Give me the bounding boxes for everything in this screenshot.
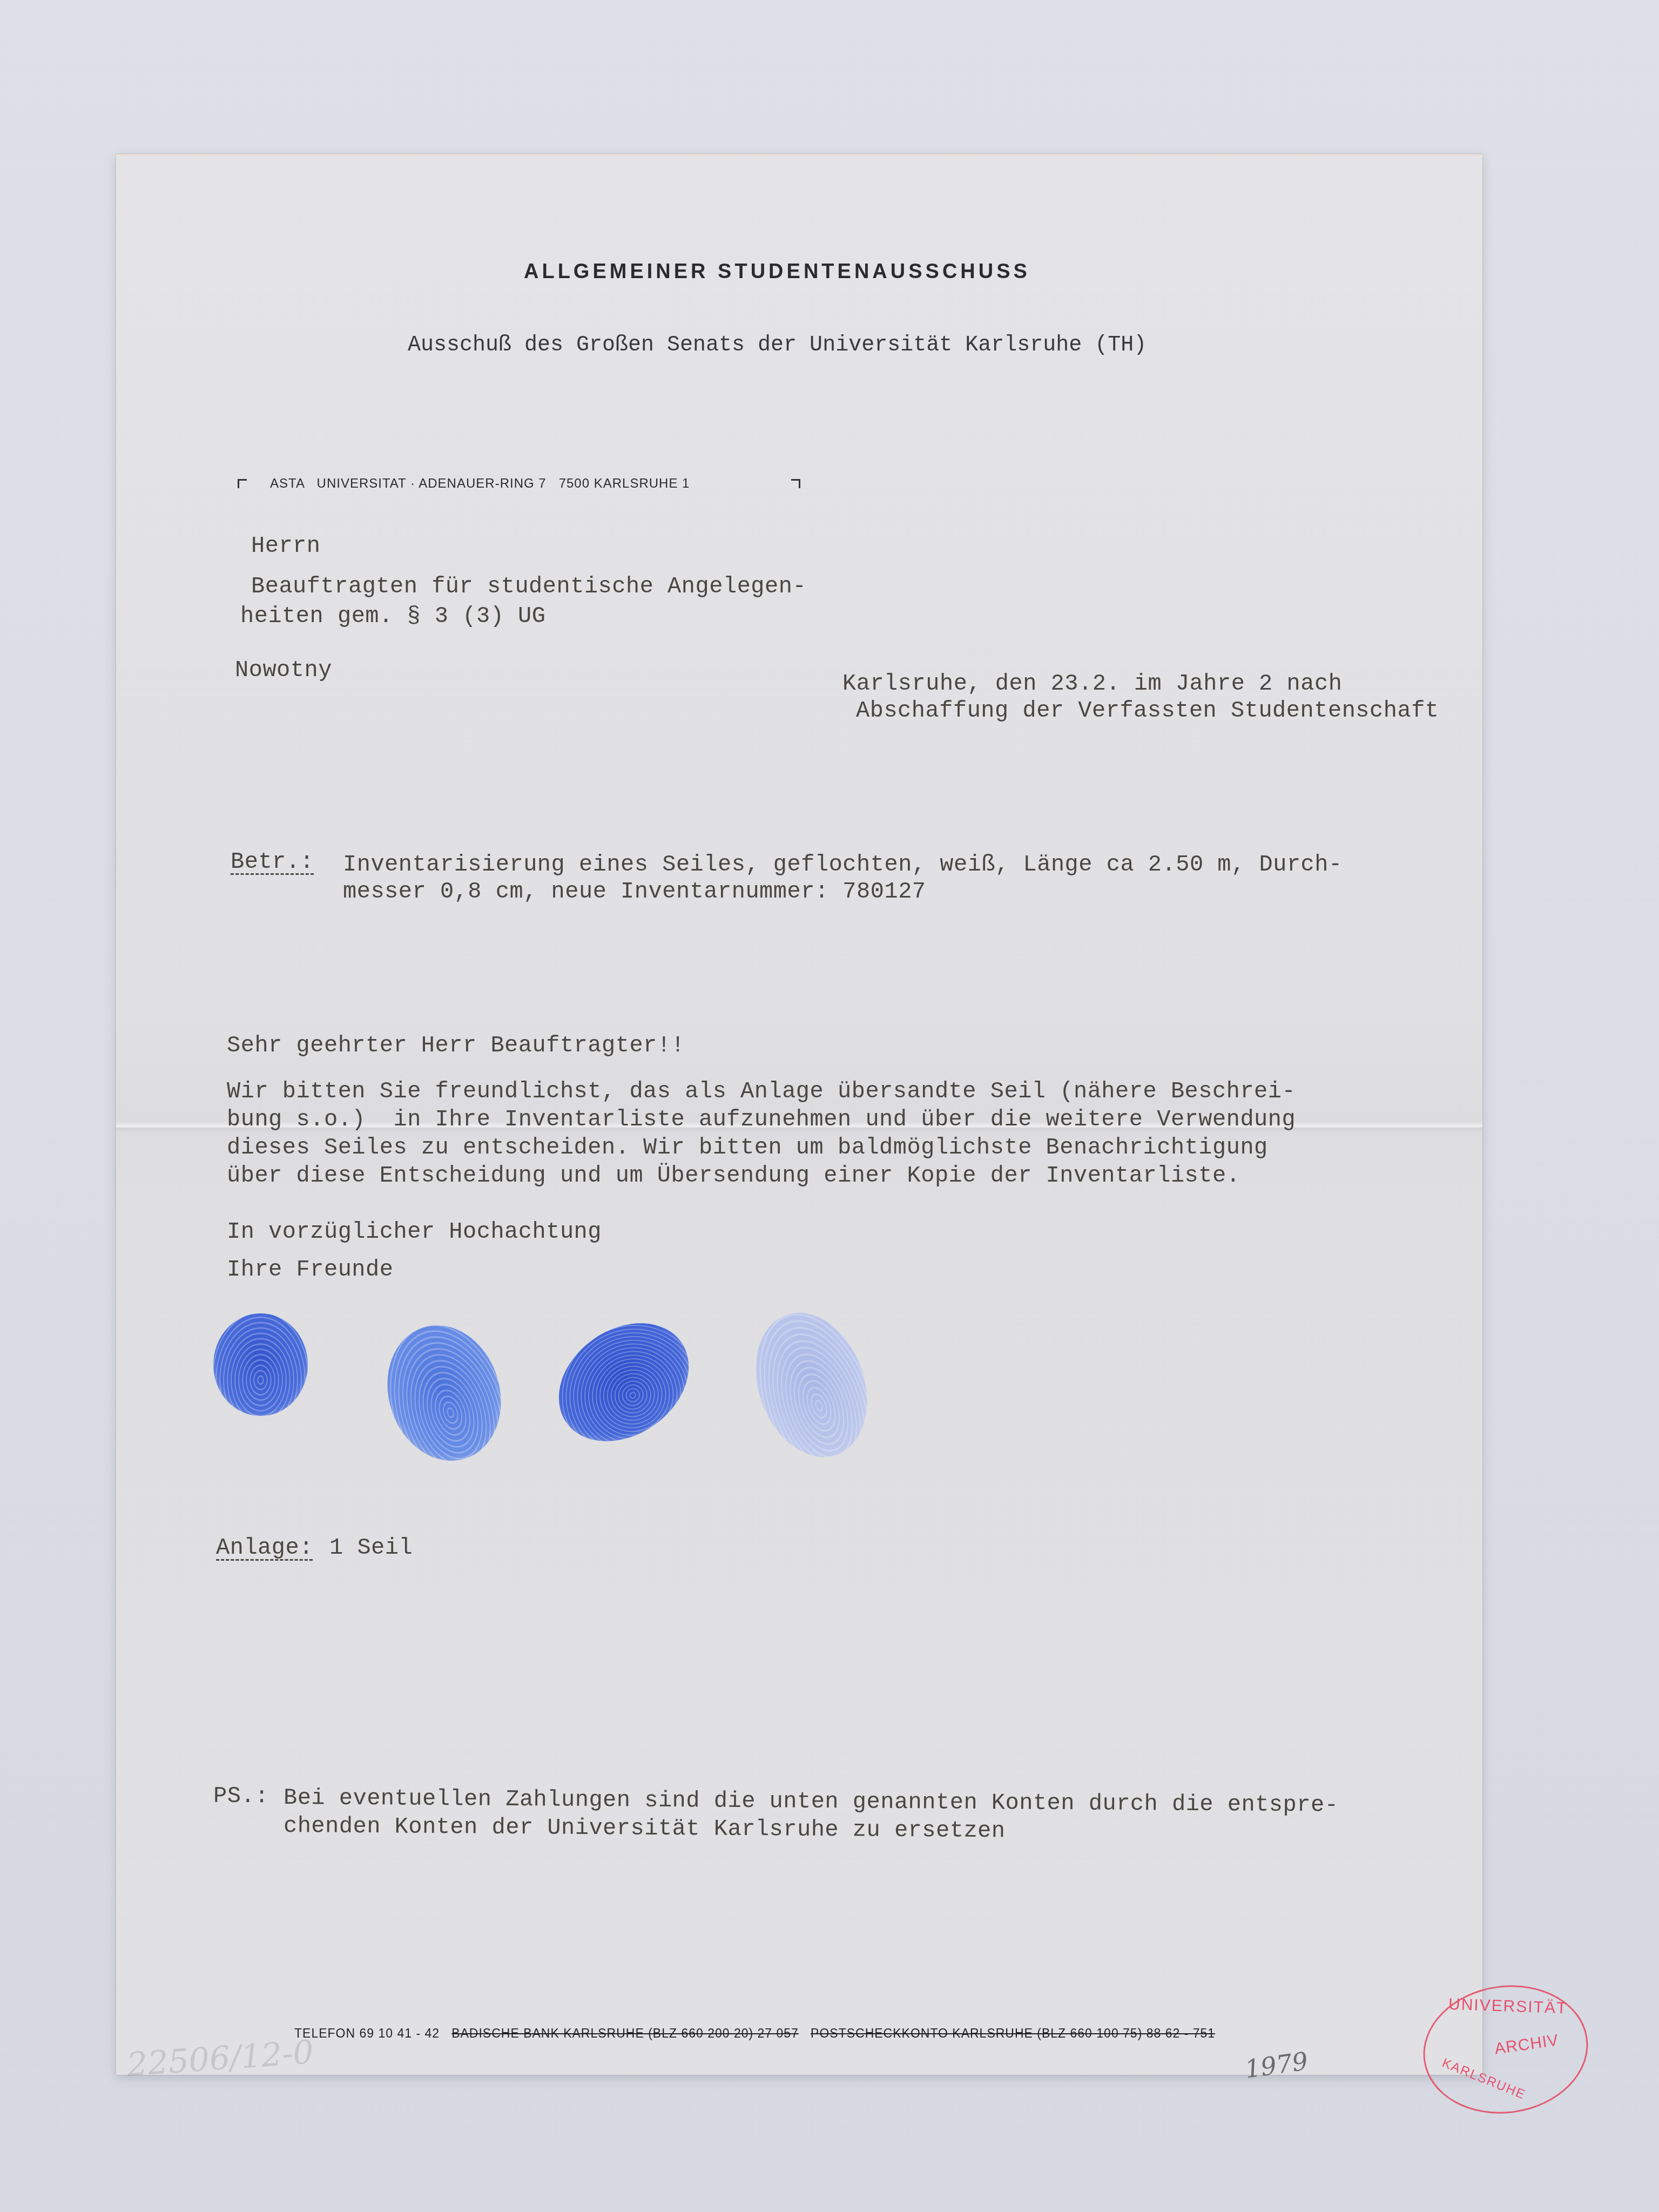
letterhead-organization: ALLGEMEINER STUDENTENAUSSCHUSS (524, 260, 1030, 284)
subject-line-1: Inventarisierung eines Seiles, geflochte… (343, 852, 1343, 878)
body-line-4: über diese Entscheidung und um Übersendu… (227, 1163, 1240, 1189)
body-line-1: Wir bitten Sie freundlichst, das als Anl… (227, 1078, 1296, 1104)
stamp-bottom-text: KARLSRUHE (1440, 2055, 1528, 2103)
postscript-line-1: Bei eventuellen Zahlungen sind die unten… (284, 1785, 1339, 1818)
recipient-name: Nowotny (235, 657, 332, 683)
return-address: ASTA UNIVERSITAT · ADENAUER-RING 7 7500 … (270, 476, 690, 491)
letter-sheet: ALLGEMEINER STUDENTENAUSSCHUSS Ausschuß … (116, 154, 1482, 2075)
subject-label: Betr.: (231, 849, 314, 875)
body-line-2: bung s.o.) in Ihre Inventarliste aufzune… (227, 1107, 1296, 1132)
recipient-salutation: Herrn (251, 533, 321, 559)
body-line-3: dieses Seiles zu entscheiden. Wir bitten… (227, 1135, 1268, 1161)
footer-contact-line: TELEFON 69 10 41 - 42 BADISCHE BANK KARL… (294, 2026, 1215, 2041)
address-window-corner-right (791, 479, 800, 488)
greeting: Sehr geehrter Herr Beauftragter!! (227, 1033, 685, 1058)
stamp-middle-text: ARCHIV (1493, 2031, 1560, 2058)
archive-stamp: UNIVERSITÄT ARCHIV KARLSRUHE (1415, 1975, 1596, 2124)
fingerprint-2 (370, 1311, 518, 1476)
signature-text: Ihre Freunde (227, 1257, 393, 1283)
fingerprint-4 (737, 1297, 886, 1473)
postscript-label: PS.: (213, 1783, 269, 1810)
footer-bank-account: BADISCHE BANK KARLSRUHE (BLZ 660 200 20)… (451, 2026, 799, 2040)
enclosure-value: 1 Seil (329, 1535, 413, 1561)
postscript-line-2: chenden Konten der Universität Karlsruhe… (284, 1813, 1006, 1844)
enclosure-label: Anlage: (216, 1535, 313, 1561)
letterhead-subtitle: Ausschuß des Großen Senats der Universit… (408, 333, 1147, 358)
recipient-title-line-1: Beauftragten für studentische Angelegen- (251, 574, 806, 599)
date-line-1: Karlsruhe, den 23.2. im Jahre 2 nach (842, 671, 1342, 697)
pencil-archive-number: 1979 (1243, 2046, 1310, 2084)
stamp-top-text: UNIVERSITÄT (1448, 1995, 1567, 2018)
closing: In vorzüglicher Hochachtung (227, 1219, 602, 1245)
footer-postscheck-account: POSTSCHECKKONTO KARLSRUHE (BLZ 660 100 7… (811, 2026, 1215, 2040)
footer-telefon: TELEFON 69 10 41 - 42 (294, 2026, 440, 2040)
subject-line-2: messer 0,8 cm, neue Inventarnummer: 7801… (343, 879, 926, 905)
fingerprint-3 (536, 1299, 712, 1466)
fingerprint-1 (213, 1313, 308, 1416)
faint-pencil-mark: 22506/12-0 (126, 2033, 315, 2084)
address-window-corner-left (238, 479, 247, 488)
recipient-title-line-2: heiten gem. § 3 (3) UG (240, 603, 546, 629)
date-line-2: Abschaffung der Verfassten Studentenscha… (856, 698, 1439, 724)
